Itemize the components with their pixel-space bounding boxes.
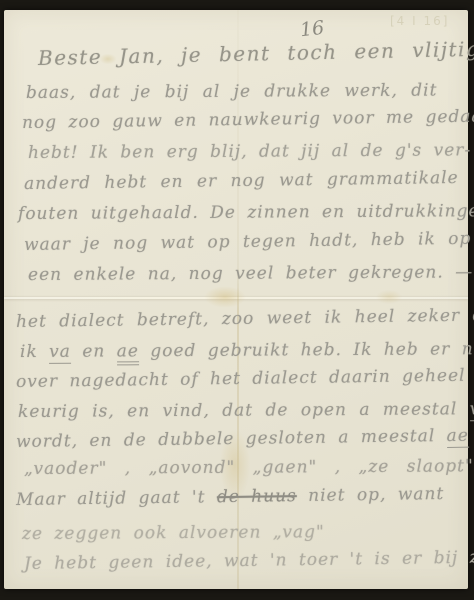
handwritten-text: ae xyxy=(446,426,469,448)
letter-line: Beste Jan, je bent toch een vlijtige xyxy=(38,36,474,70)
handwritten-text: hebt! Ik ben erg blij, dat jij al de g's… xyxy=(28,140,471,163)
scan-background: 16 [4 I 16] Beste Jan, je bent toch een … xyxy=(0,0,474,600)
handwritten-text: waar je nog wat op tegen hadt, heb ik op xyxy=(24,229,472,255)
handwritten-text: b.v. xyxy=(469,425,474,446)
handwritten-text: Maar altijd gaat 't xyxy=(16,487,217,510)
handwritten-text: anderd hebt en er nog wat grammatikale xyxy=(24,168,459,194)
letter-line: anderd hebt en er nog wat grammatikale xyxy=(24,168,459,194)
handwritten-text: het dialect betreft, zoo weet ik heel ze… xyxy=(16,305,474,332)
letter-line: „vaoder" , „aovond" „gaen" , „ze slaopt"… xyxy=(24,456,474,479)
letter-line: ze zeggen ook alvoeren „vag" xyxy=(22,522,325,544)
letter-line: keurig is, en vind, dat de open a meesta… xyxy=(18,399,474,422)
handwritten-text: Je hebt geen idee, wat 'n toer 't is er … xyxy=(24,547,474,574)
handwritten-text: goed gebruikt heb. Ik heb er nu xyxy=(139,339,474,361)
letter-line: Je hebt geen idee, wat 'n toer 't is er … xyxy=(24,547,474,574)
handwritten-text: va xyxy=(470,399,474,421)
handwritten-text: fouten uitgehaald. De zinnen en uitdrukk… xyxy=(18,201,474,224)
handwritten-text: niet op, want xyxy=(297,484,445,506)
letter-line: nog zoo gauw en nauwkeurig voor me gedaa… xyxy=(22,106,474,133)
handwritten-text: ik xyxy=(20,342,49,362)
letter-paper: 16 [4 I 16] Beste Jan, je bent toch een … xyxy=(4,10,468,589)
handwritten-text: keurig is, en vind, dat de open a meesta… xyxy=(18,399,470,422)
handwritten-text: een enkele na, nog veel beter gekregen. … xyxy=(28,262,474,285)
letter-line: het dialect betreft, zoo weet ik heel ze… xyxy=(16,305,474,332)
letter-lines: Beste Jan, je bent toch een vlijtigebaas… xyxy=(4,10,468,589)
handwritten-text: ae xyxy=(117,341,139,365)
handwritten-text: va xyxy=(49,342,71,364)
letter-line: over nagedacht of het dialect daarin geh… xyxy=(16,365,474,392)
handwritten-text: de huus xyxy=(217,486,297,507)
handwritten-text: „vaoder" , „aovond" „gaen" , „ze slaopt"… xyxy=(24,456,474,479)
handwritten-text: wordt, en de dubbele gesloten a meestal xyxy=(16,426,447,452)
letter-line: een enkele na, nog veel beter gekregen. … xyxy=(28,262,474,285)
handwritten-text: over nagedacht of het dialect daarin geh… xyxy=(16,365,474,392)
letter-line: wordt, en de dubbele gesloten a meestal … xyxy=(16,425,474,452)
letter-line: waar je nog wat op tegen hadt, heb ik op xyxy=(24,229,472,255)
letter-line: Maar altijd gaat 't de huus niet op, wan… xyxy=(16,484,445,510)
letter-line: baas, dat je bij al je drukke werk, dit xyxy=(26,80,438,103)
handwritten-text: Beste Jan, je bent toch een vlijtige xyxy=(38,36,474,70)
handwritten-text: en xyxy=(71,341,117,361)
handwritten-text: nog zoo gauw en nauwkeurig voor me gedaa… xyxy=(22,106,474,133)
letter-line: fouten uitgehaald. De zinnen en uitdrukk… xyxy=(18,201,474,224)
handwritten-text: baas, dat je bij al je drukke werk, dit xyxy=(26,80,438,103)
letter-line: ik va en ae goed gebruikt heb. Ik heb er… xyxy=(20,339,474,362)
handwritten-text: ze zeggen ook alvoeren „vag" xyxy=(22,522,325,544)
letter-line: hebt! Ik ben erg blij, dat jij al de g's… xyxy=(28,140,471,163)
